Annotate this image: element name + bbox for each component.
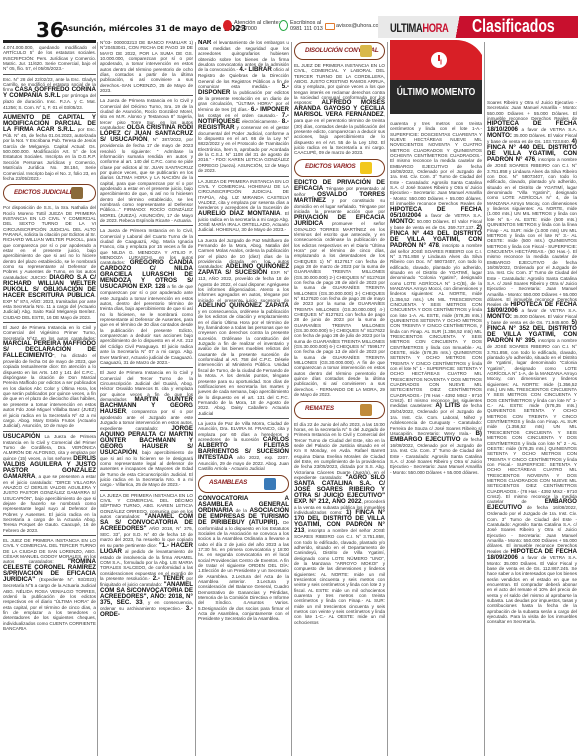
column-divider [484, 42, 485, 756]
notice: El día 22 de Junio del año 2023, a las 1… [294, 422, 385, 626]
notice: cuarenta y tres metros con treinta centí… [390, 121, 482, 475]
notice: La jueza de Paz de Villa Morra, Ciudad d… [198, 421, 289, 472]
notice: El Juez de Primera Instancia en lo Civil… [3, 325, 96, 429]
notice: Soares Ribeiro y Otra s/ Juicio Ejecutiv… [487, 100, 577, 625]
customer-service-contact: Atención al cliente: 415 7000 [234, 20, 280, 32]
column-divider [97, 42, 98, 756]
notice: La Jueza de Primera Instancia en lo Civi… [100, 98, 193, 223]
page-header: 36 Asunción, miércoles 31 de mayo de 202… [0, 0, 580, 38]
notice: LA JUEZA DE PRIMERA INSTANCIA EN LO CIVI… [198, 179, 289, 233]
notice: USUCAPIÓN La Jueza de Primera Instancia … [3, 434, 96, 533]
notice: EL JUEZ DE PRIMERA INSTANCIA EN LO CIVIL… [3, 538, 96, 631]
notice: CONVOCATORIA A ASAMBLEA GENERAL ORDINARI… [198, 496, 289, 622]
gavel-icon [71, 187, 83, 199]
column-5: ÚLTIMO MOMENTO cuarenta y tres metros co… [390, 40, 482, 756]
page-number: 36 [36, 18, 64, 42]
edictos-judiciales-banner: EDICTOS JUDICIALES [3, 184, 96, 202]
brand-logo: ULTIMAHORA [390, 21, 448, 35]
column-2: N°03- 000003213 DE BANCO FAMILIAR 1) N°2… [100, 40, 193, 756]
section-title: Clasificados [472, 16, 555, 37]
whatsapp-icon [279, 20, 288, 31]
disolucion-conyugal-banner: DISOLUCIÓN CONYUGAL [294, 42, 385, 60]
notice: Por disposición de S.S., la Sra. Nathali… [3, 205, 96, 320]
email-icon [325, 23, 335, 30]
whatsapp-contact: Escribinos al 0981 111 013 [290, 20, 323, 32]
notice: La Jueza de Primera Instancia en lo Civi… [100, 228, 193, 365]
page-date: Asunción, miércoles 31 de mayo de 2023 [62, 24, 246, 33]
meeting-icon [264, 478, 276, 490]
notice: LA JUEZA DE PRIMERA INSTANCIA EN LO CIVI… [100, 493, 193, 618]
column-1: 4.074.000.000, quedando modificado el AR… [3, 40, 96, 756]
notice: NAR el levantamiento de los embargos u o… [198, 40, 289, 174]
notice: EL JUEZ DE PRIMERA INSTANCIA EN LO CIVIL… [294, 63, 385, 156]
column-3: NAR el levantamiento de los embargos u o… [198, 40, 289, 756]
column-divider [195, 42, 196, 756]
notice: El Juez de Primera Instancia en lo Civil… [100, 370, 193, 487]
notice: Esc. N° 28 del 22/02/23, ante la Esc. Gl… [3, 77, 96, 110]
phone-icon [223, 20, 232, 31]
column-4: DISOLUCIÓN CONYUGAL EL JUEZ DE PRIMERA I… [294, 40, 385, 756]
asambleas-banner: ASAMBLEAS [198, 475, 289, 493]
document-icon [360, 45, 372, 57]
notice: AUMENTO DE CAPITAL Y MODIFICACIÓN PARCIA… [3, 115, 96, 181]
notice: EDICTO DE PRIVACIÓN DE EFICACIA Téngase … [294, 180, 385, 398]
notepad-icon [360, 162, 372, 174]
column-6: Soares Ribeiro y Otra s/ Juicio Ejecutiv… [487, 100, 577, 756]
notice: 4.074.000.000, quedando modificado el AR… [3, 45, 96, 72]
ultimo-momento-banner: ÚLTIMO MOMENTO [390, 40, 482, 118]
clock-icon [431, 52, 447, 68]
edictos-varios-banner: EDICTOS VARIOS [294, 159, 385, 177]
notice: N°03- 000003213 DE BANCO FAMILIAR 1) N°2… [100, 40, 193, 93]
column-divider [387, 42, 388, 756]
notice: La Jueza del Juzgado de Paz Multifuero d… [198, 238, 289, 416]
column-divider [291, 42, 292, 756]
auction-gavel-icon [360, 404, 372, 416]
remates-banner: REMATES [294, 401, 385, 419]
